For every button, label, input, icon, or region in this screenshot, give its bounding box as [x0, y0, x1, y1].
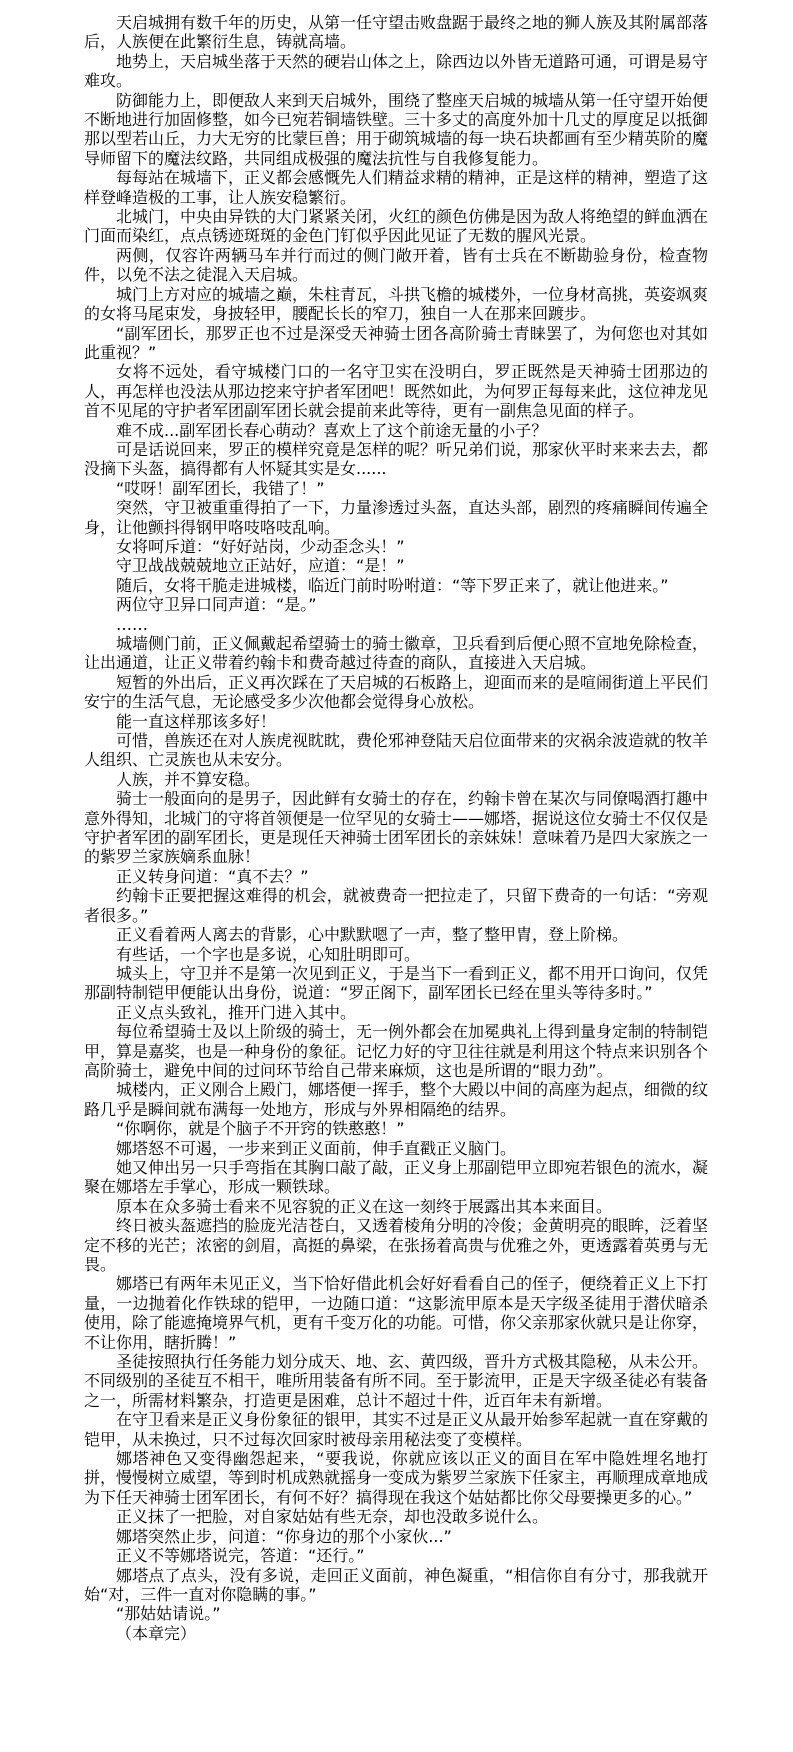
paragraph: 娜塔怒不可遏，一步来到正义面前，伸手直戳正义脑门。 — [84, 1139, 708, 1158]
paragraph: “哎呀！副军团长，我错了！” — [84, 479, 708, 498]
paragraph: 骑士一般面向的是男子，因此鲜有女骑士的存在，约翰卡曾在某次与同僚喝酒打趣中意外得… — [84, 789, 708, 867]
paragraph: 正义看着两人离去的背影，心中默默嗯了一声，整了整甲胄，登上阶梯。 — [84, 925, 708, 944]
paragraph: 正义抹了一把脸，对自家姑姑有些无奈，却也没敢多说什么。 — [84, 1507, 708, 1526]
paragraph: 女将呵斥道：“好好站岗，少动歪念头！” — [84, 537, 708, 556]
novel-reader-page: { "page": { "background_color": "#ffffff… — [0, 0, 793, 1752]
paragraph: 约翰卡正要把握这难得的机会，就被费奇一把拉走了，只留下费奇的一句话：“旁观者很多… — [84, 886, 708, 925]
paragraph: 短暂的外出后，正义再次踩在了天启城的石板路上，迎面而来的是喧闹街道上平民们安宁的… — [84, 673, 708, 712]
paragraph: 女将不远处，看守城楼门口的一名守卫实在没明白，罗正既然是天神骑士团那边的人，再怎… — [84, 362, 708, 420]
paragraph: 娜塔神色又变得幽怨起来，“要我说，你就应该以正义的面目在军中隐姓埋名地打拼，慢慢… — [84, 1449, 708, 1507]
paragraph: 守卫战战兢兢地立正站好，应道：“是！” — [84, 556, 708, 575]
paragraph: 人族，并不算安稳。 — [84, 770, 708, 789]
paragraph: 圣徒按照执行任务能力划分成天、地、玄、黄四级，晋升方式极其隐秘，从未公开。不同级… — [84, 1352, 708, 1410]
paragraph: 有些话，一个字也是多说，心知肚明即可。 — [84, 945, 708, 964]
paragraph: 娜塔点了点头，没有多说，走回正义面前，神色凝重，“相信你自有分寸，那我就开始“对… — [84, 1566, 708, 1605]
paragraph: 防御能力上，即便敌人来到天启城外，围绕了整座天启城的城墙从第一任守望开始便不断地… — [84, 91, 708, 169]
paragraph: 可是话说回来，罗正的模样究竟是怎样的呢？听兄弟们说，那家伙平时来来去去，都没摘下… — [84, 440, 708, 479]
paragraph: 原本在众多骑士看来不见容貌的正义在这一刻终于展露出其本来面目。 — [84, 1197, 708, 1216]
chapter-text-column: 天启城拥有数千年的历史，从第一任守望击败盘踞于最终之地的狮人族及其附属部落后，人… — [84, 0, 708, 1669]
paragraph: 能一直这样那该多好！ — [84, 712, 708, 731]
paragraph: 每每站在城墙下，正义都会感慨先人们精益求精的精神，正是这样的精神，塑造了这样登峰… — [84, 168, 708, 207]
paragraph: “那姑姑请说。” — [84, 1604, 708, 1623]
paragraph: 两侧，仅容许两辆马车并行而过的侧门敞开着，皆有士兵在不断勘验身份，检查物件，以免… — [84, 246, 708, 285]
paragraph: 城墙侧门前，正义佩戴起希望骑士的骑士徽章，卫兵看到后便心照不宣地免除检查，让出通… — [84, 634, 708, 673]
paragraph: 城楼内，正义刚合上殿门，娜塔便一挥手，整个大殿以中间的高座为起点，细微的纹路几乎… — [84, 1080, 708, 1119]
paragraph: 两位守卫异口同声道：“是。” — [84, 595, 708, 614]
paragraph: 天启城拥有数千年的历史，从第一任守望击败盘踞于最终之地的狮人族及其附属部落后，人… — [84, 13, 708, 52]
paragraph: 终日被头盔遮挡的脸庞光洁苍白，又透着棱角分明的冷俊；金黄明亮的眼眸，泛着坚定不移… — [84, 1216, 708, 1274]
paragraph: 城头上，守卫并不是第一次见到正义，于是当下一看到正义，都不用开口询问，仅凭那副特… — [84, 964, 708, 1003]
paragraph: （本章完） — [84, 1624, 708, 1643]
paragraph: “副军团长，那罗正也不过是深受天神骑士团各高阶骑士青睐罢了，为何您也对其如此重视… — [84, 324, 708, 363]
paragraph: …… — [84, 615, 708, 634]
paragraph: 突然，守卫被重重得拍了一下，力量渗透过头盔，直达头部，剧烈的疼痛瞬间传遍全身，让… — [84, 498, 708, 537]
paragraph: 正义转身问道：“真不去？” — [84, 867, 708, 886]
paragraph: 每位希望骑士及以上阶级的骑士，无一例外都会在加冕典礼上得到量身定制的特制铠甲，算… — [84, 1022, 708, 1080]
paragraph: 地势上，天启城坐落于天然的硬岩山体之上，除西边以外皆无道路可通，可谓是易守难攻。 — [84, 52, 708, 91]
paragraph: “你啊你，就是个脑子不开窍的铁憨憨！” — [84, 1119, 708, 1138]
paragraph: 娜塔突然止步，问道：“你身边的那个小家伙...” — [84, 1527, 708, 1546]
paragraph: 难不成...副军团长春心萌动？喜欢上了这个前途无量的小子？ — [84, 421, 708, 440]
paragraph: 可惜，兽族还在对人族虎视眈眈，费伦邪神登陆天启位面带来的灾祸余波造就的牧羊人组织… — [84, 731, 708, 770]
paragraph: 娜塔已有两年未见正义，当下恰好借此机会好好看看自己的侄子，便绕着正义上下打量，一… — [84, 1274, 708, 1352]
paragraph: 城门上方对应的城墙之巅，朱柱青瓦，斗拱飞檐的城楼外，一位身材高挑，英姿飒爽的女将… — [84, 285, 708, 324]
paragraph: 她又伸出另一只手弯指在其胸口敲了敲，正义身上那副铠甲立即宛若银色的流水，凝聚在娜… — [84, 1158, 708, 1197]
paragraph: 随后，女将干脆走进城楼，临近门前时吩咐道：“等下罗正来了，就让他进来。” — [84, 576, 708, 595]
paragraph: 北城门，中央由异铁的大门紧紧关闭，火红的颜色仿佛是因为敌人将绝望的鲜血洒在门面而… — [84, 207, 708, 246]
paragraph: 正义点头致礼，推开门进入其中。 — [84, 1003, 708, 1022]
paragraph: 在守卫看来是正义身份象征的银甲，其实不过是正义从最开始参军起就一直在穿戴的铠甲，… — [84, 1410, 708, 1449]
paragraph: 正义不等娜塔说完，答道：“还行。” — [84, 1546, 708, 1565]
